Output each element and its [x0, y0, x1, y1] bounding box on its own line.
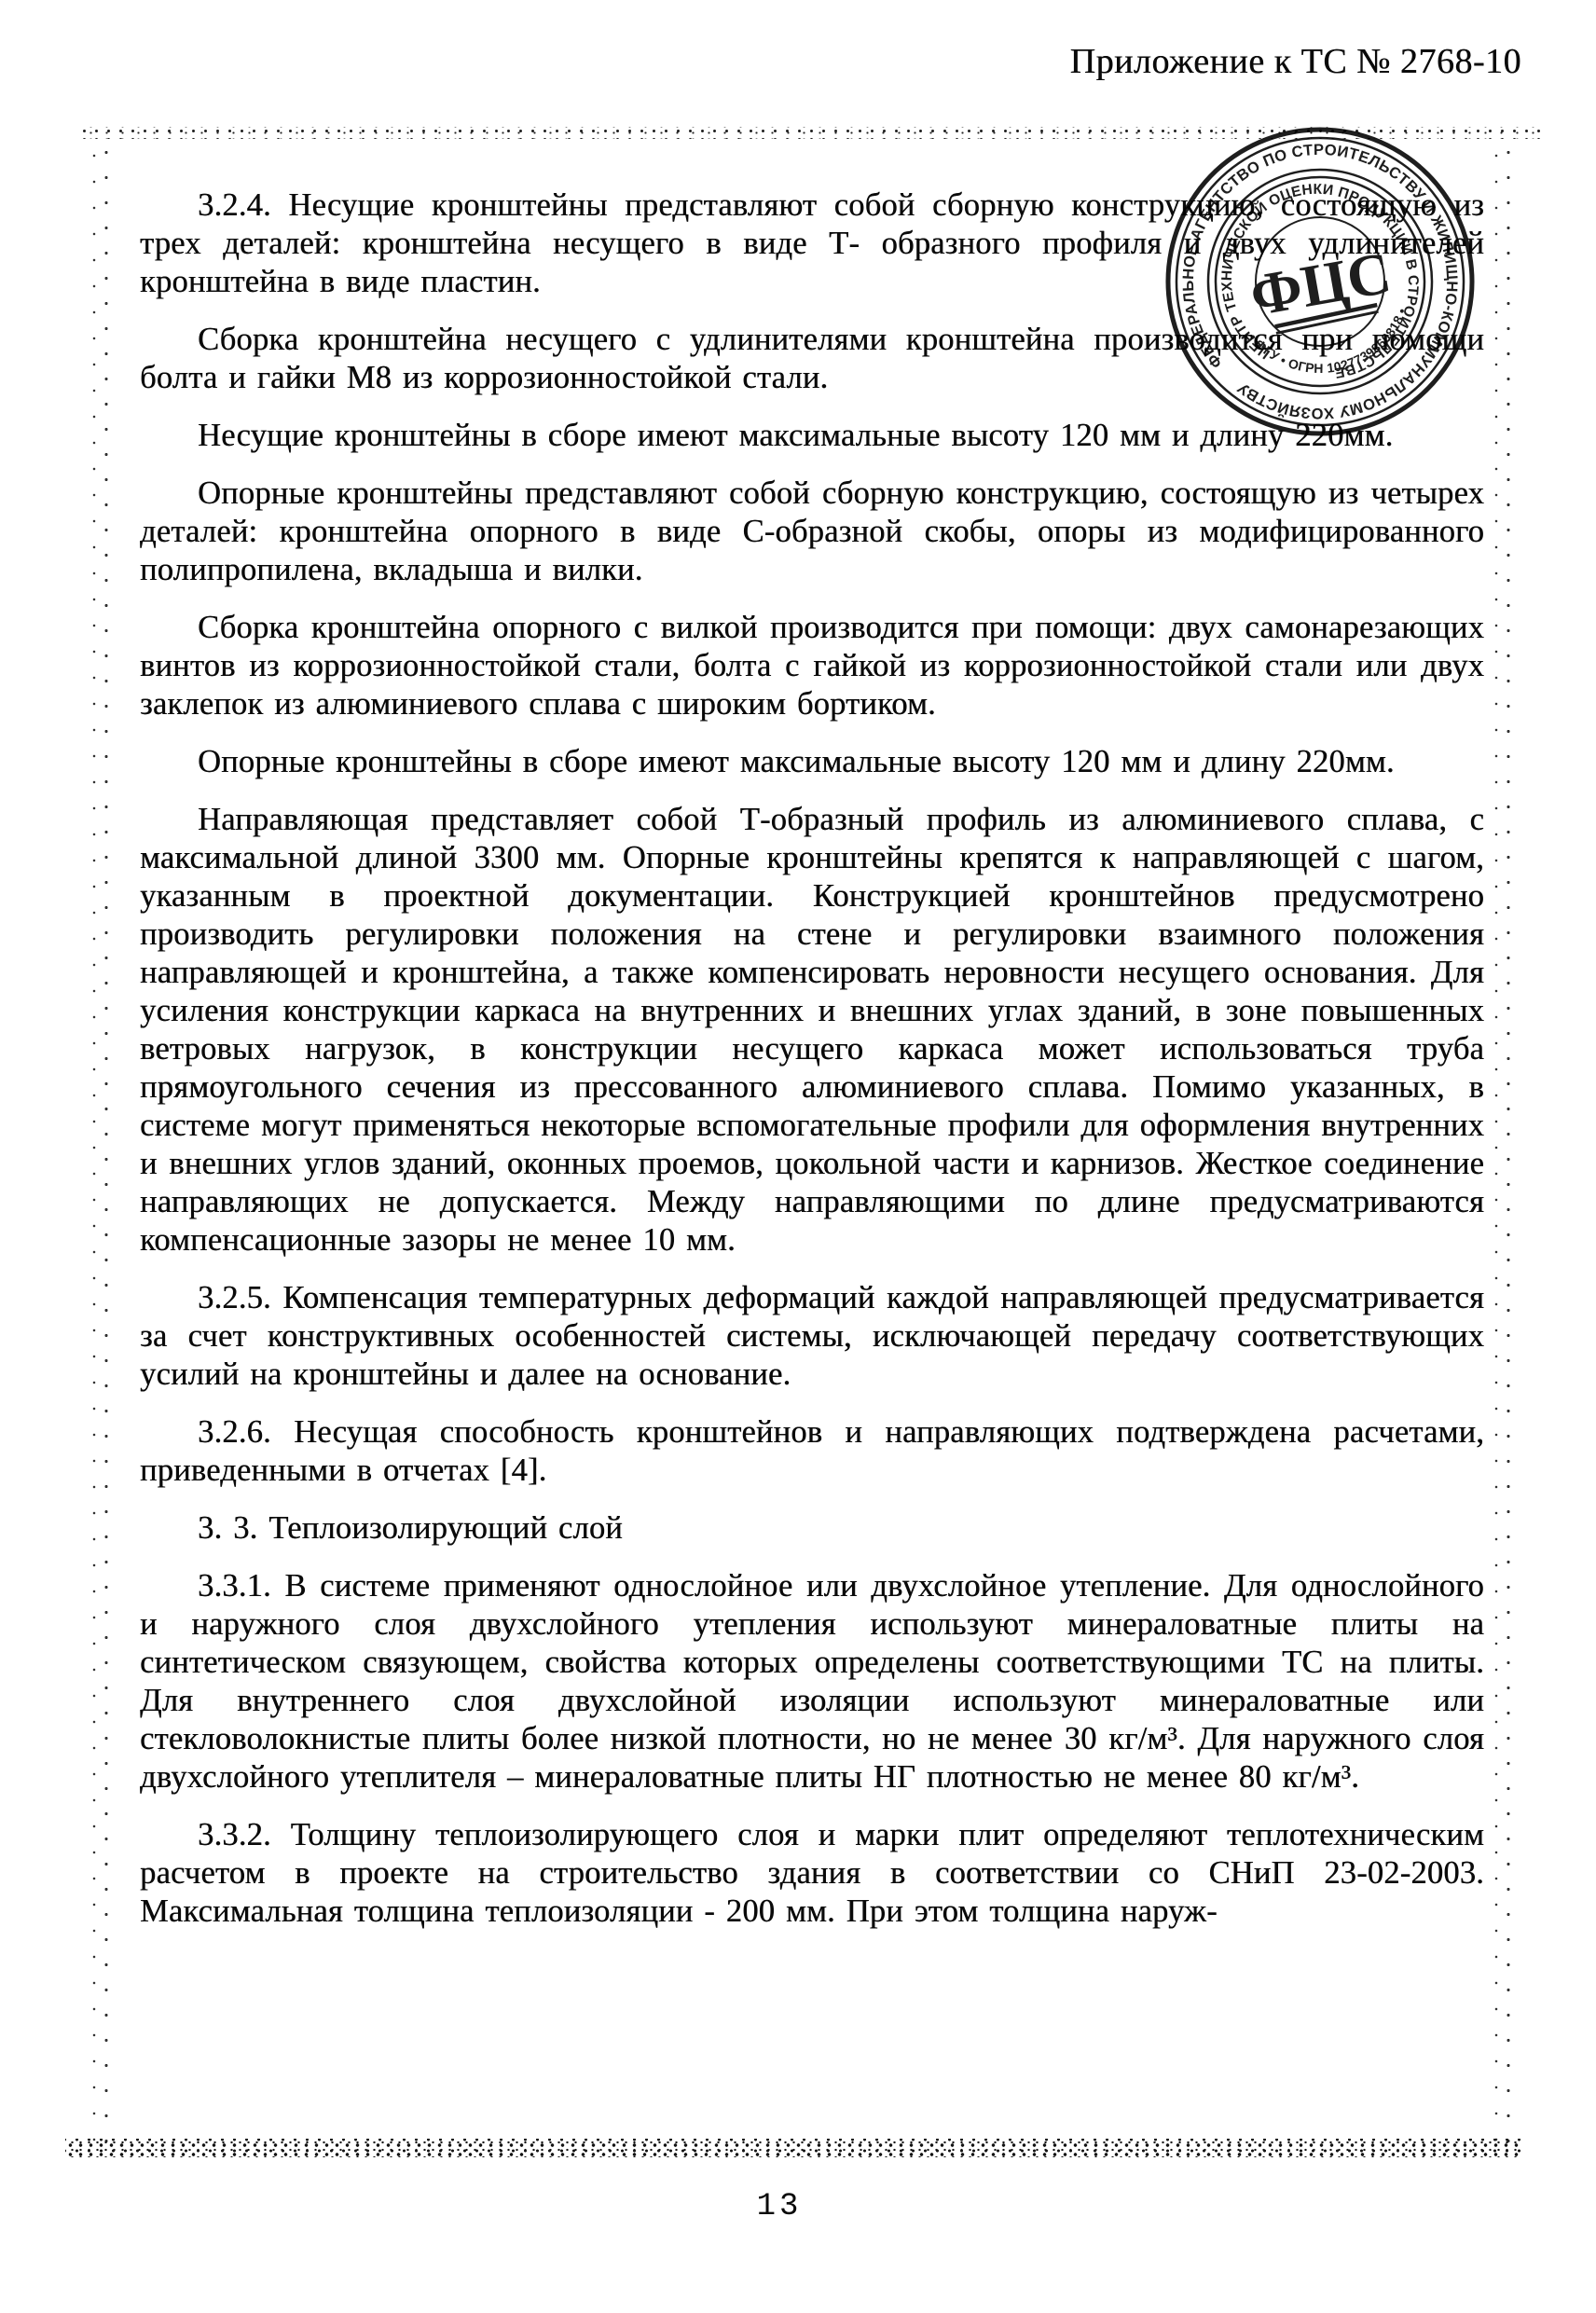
page-number: 13 [0, 2189, 1559, 2224]
appendix-header: Приложение к ТС № 2768-10 [1070, 41, 1521, 82]
paragraph-3-2-6: 3.2.6. Несущая способность кронштейнов и… [140, 1413, 1484, 1490]
paragraph-3-3-2: 3.3.2. Толщину теплоизолирующего слоя и … [140, 1816, 1484, 1931]
border-left-dotted [91, 140, 116, 2144]
fcs-round-stamp: ФЕДЕРАЛЬНОЕ АГЕНТСТВО ПО СТРОИТЕЛЬСТВУ И… [1163, 125, 1477, 438]
document-body: 3.2.4. Несущие кронштейны представляют с… [140, 186, 1484, 1950]
paragraph-support-dimensions: Опорные кронштейны в сборе имеют максима… [140, 743, 1484, 781]
scanned-document-page: Приложение к ТС № 2768-10 3.2.4. Несущие… [0, 0, 1596, 2313]
paragraph-3-2-5: 3.2.5. Компенсация температурных деформа… [140, 1279, 1484, 1394]
section-heading-3-3: 3. 3. Теплоизолирующий слой [140, 1509, 1484, 1548]
border-right-dotted [1493, 140, 1518, 2144]
paragraph-3-3-1: 3.3.1. В системе применяют однослойное и… [140, 1567, 1484, 1797]
border-bottom-dotted [65, 2139, 1521, 2157]
paragraph-support-brackets: Опорные кронштейны представляют собой сб… [140, 475, 1484, 589]
paragraph-assembly-support: Сборка кронштейна опорного с вилкой прои… [140, 609, 1484, 723]
paragraph-guide-profile: Направляющая представляет собой Т-образн… [140, 801, 1484, 1260]
